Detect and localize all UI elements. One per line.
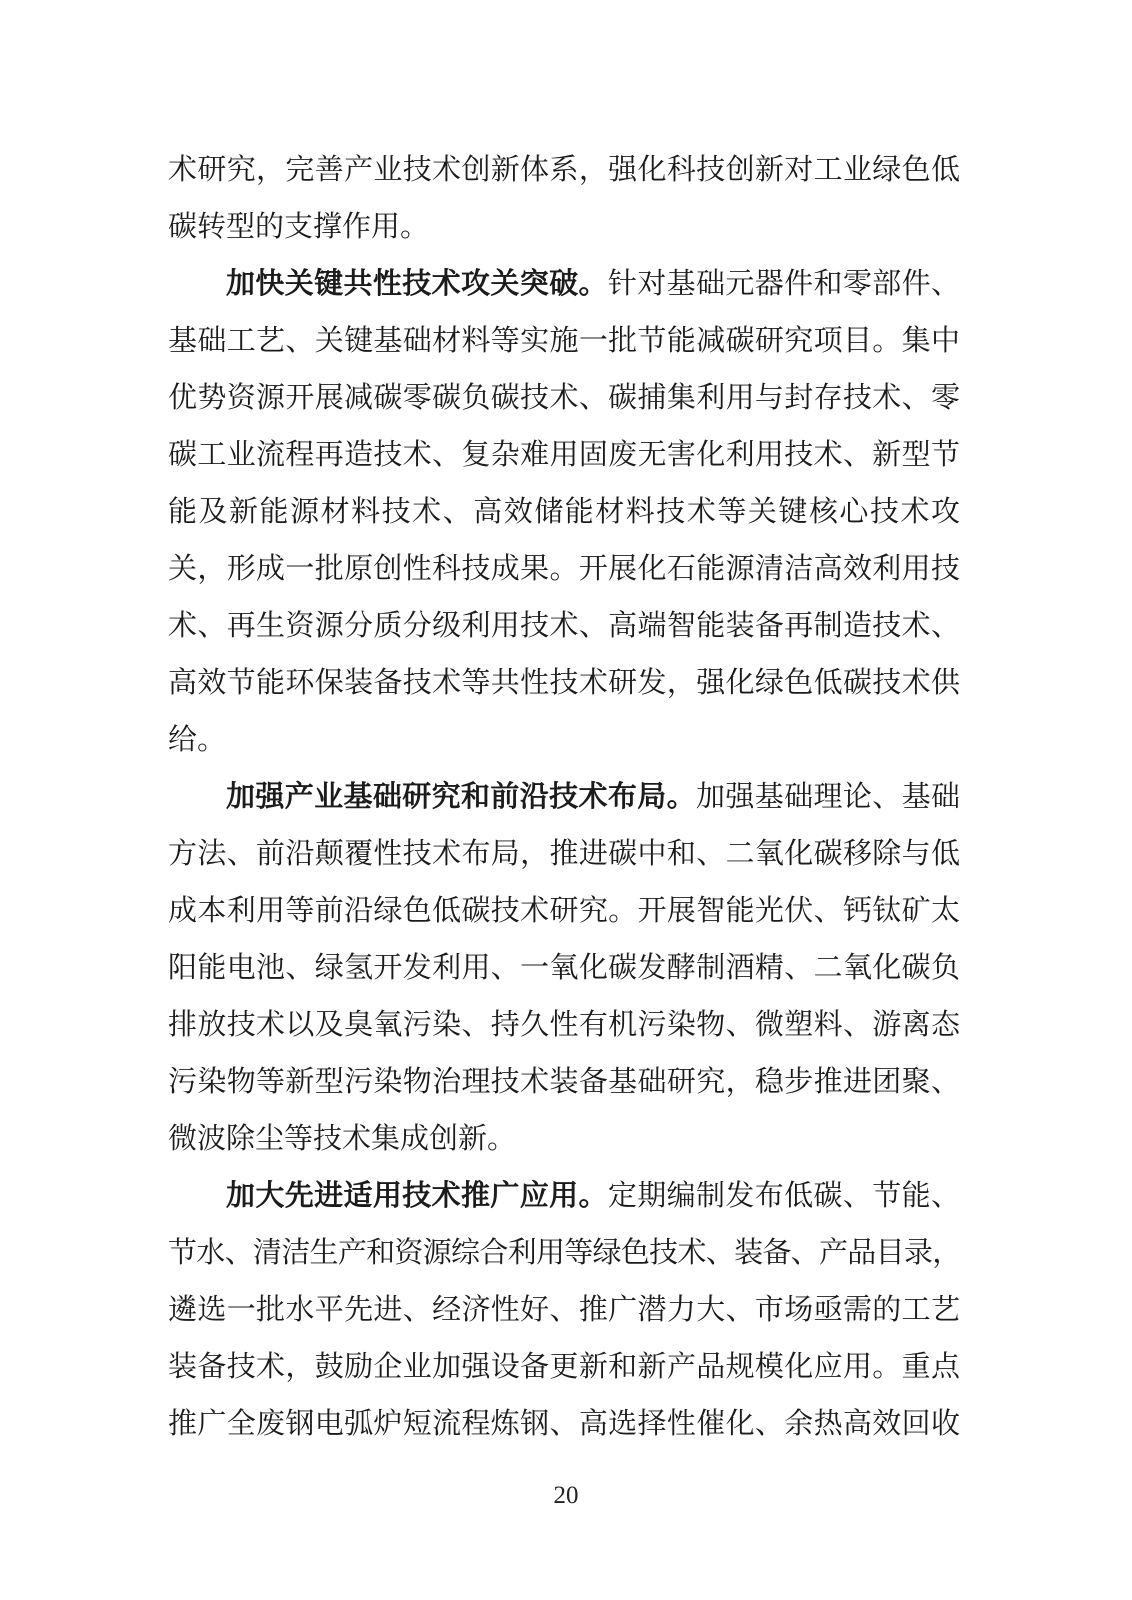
text-line: 节水、清洁生产和资源综合利用等绿色技术、装备、产品目录， [168,1225,960,1282]
text-line: 术研究，完善产业技术创新体系，强化科技创新对工业绿色低 [168,142,960,199]
line-text: 微波除尘等技术集成创新。 [168,1123,516,1155]
line-text: 高效节能环保装备技术等共性技术研发，强化绿色低碳技术供 [168,667,960,699]
line-text: 污染物等新型污染物治理技术装备基础研究，稳步推进团聚、 [168,1066,960,1098]
line-text: 优势资源开展减碳零碳负碳技术、碳捕集利用与封存技术、零 [168,382,960,414]
line-text: 碳转型的支撑作用。 [168,211,429,243]
paragraph: 加快关键共性技术攻关突破。针对基础元器件和零部件、基础工艺、关键基础材料等实施一… [168,256,960,769]
text-line: 推广全废钢电弧炉短流程炼钢、高选择性催化、余热高效回收 [168,1396,960,1453]
text-line: 碳工业流程再造技术、复杂难用固废无害化利用技术、新型节 [168,427,960,484]
paragraph-heading: 加大先进适用技术推广应用。 [226,1180,608,1212]
line-text: 推广全废钢电弧炉短流程炼钢、高选择性催化、余热高效回收 [168,1408,960,1440]
line-text: 基础工艺、关键基础材料等实施一批节能减碳研究项目。集中 [168,325,960,357]
text-line: 阳能电池、绿氢开发利用、一氧化碳发酵制酒精、二氧化碳负 [168,940,960,997]
text-line: 碳转型的支撑作用。 [168,199,960,256]
text-line: 给。 [168,712,960,769]
line-text: 定期编制发布低碳、节能、 [608,1180,960,1212]
line-text: 方法、前沿颠覆性技术布局，推进碳中和、二氧化碳移除与低 [168,838,960,870]
line-text: 针对基础元器件和零部件、 [608,268,960,300]
line-text: 加强基础理论、基础 [696,781,960,813]
text-line: 成本利用等前沿绿色低碳技术研究。开展智能光伏、钙钛矿太 [168,883,960,940]
text-line: 遴选一批水平先进、经济性好、推广潜力大、市场亟需的工艺 [168,1282,960,1339]
text-line: 术、再生资源分质分级利用技术、高端智能装备再制造技术、 [168,598,960,655]
text-line: 方法、前沿颠覆性技术布局，推进碳中和、二氧化碳移除与低 [168,826,960,883]
line-text: 能及新能源材料技术、高效储能材料技术等关键核心技术攻 [168,496,960,528]
page-body-text: 术研究，完善产业技术创新体系，强化科技创新对工业绿色低碳转型的支撑作用。加快关键… [168,142,960,1453]
line-text: 术、再生资源分质分级利用技术、高端智能装备再制造技术、 [168,610,960,642]
line-text: 给。 [168,724,226,756]
line-text: 排放技术以及臭氧污染、持久性有机污染物、微塑料、游离态 [168,1009,960,1041]
line-text: 成本利用等前沿绿色低碳技术研究。开展智能光伏、钙钛矿太 [168,895,960,927]
line-text: 关，形成一批原创性科技成果。开展化石能源清洁高效利用技 [168,553,960,585]
paragraph: 加强产业基础研究和前沿技术布局。加强基础理论、基础方法、前沿颠覆性技术布局，推进… [168,769,960,1168]
paragraph: 加大先进适用技术推广应用。定期编制发布低碳、节能、节水、清洁生产和资源综合利用等… [168,1168,960,1453]
line-text: 碳工业流程再造技术、复杂难用固废无害化利用技术、新型节 [168,439,960,471]
line-text: 装备技术，鼓励企业加强设备更新和新产品规模化应用。重点 [168,1351,960,1383]
text-line: 能及新能源材料技术、高效储能材料技术等关键核心技术攻 [168,484,960,541]
text-line: 污染物等新型污染物治理技术装备基础研究，稳步推进团聚、 [168,1054,960,1111]
text-line: 微波除尘等技术集成创新。 [168,1111,960,1168]
text-line: 基础工艺、关键基础材料等实施一批节能减碳研究项目。集中 [168,313,960,370]
paragraph-heading: 加快关键共性技术攻关突破。 [226,268,608,300]
line-text: 阳能电池、绿氢开发利用、一氧化碳发酵制酒精、二氧化碳负 [168,952,960,984]
paragraph-heading: 加强产业基础研究和前沿技术布局。 [226,781,696,813]
line-text: 遴选一批水平先进、经济性好、推广潜力大、市场亟需的工艺 [168,1294,960,1326]
paragraph: 术研究，完善产业技术创新体系，强化科技创新对工业绿色低碳转型的支撑作用。 [168,142,960,256]
document-page: 术研究，完善产业技术创新体系，强化科技创新对工业绿色低碳转型的支撑作用。加快关键… [0,0,1132,1600]
text-line: 装备技术，鼓励企业加强设备更新和新产品规模化应用。重点 [168,1339,960,1396]
text-line: 加大先进适用技术推广应用。定期编制发布低碳、节能、 [168,1168,960,1225]
text-line: 加强产业基础研究和前沿技术布局。加强基础理论、基础 [168,769,960,826]
line-text: 节水、清洁生产和资源综合利用等绿色技术、装备、产品目录， [168,1237,960,1269]
line-text: 术研究，完善产业技术创新体系，强化科技创新对工业绿色低 [168,154,960,186]
text-line: 加快关键共性技术攻关突破。针对基础元器件和零部件、 [168,256,960,313]
text-line: 优势资源开展减碳零碳负碳技术、碳捕集利用与封存技术、零 [168,370,960,427]
text-line: 高效节能环保装备技术等共性技术研发，强化绿色低碳技术供 [168,655,960,712]
page-number: 20 [0,1480,1132,1512]
text-line: 关，形成一批原创性科技成果。开展化石能源清洁高效利用技 [168,541,960,598]
text-line: 排放技术以及臭氧污染、持久性有机污染物、微塑料、游离态 [168,997,960,1054]
